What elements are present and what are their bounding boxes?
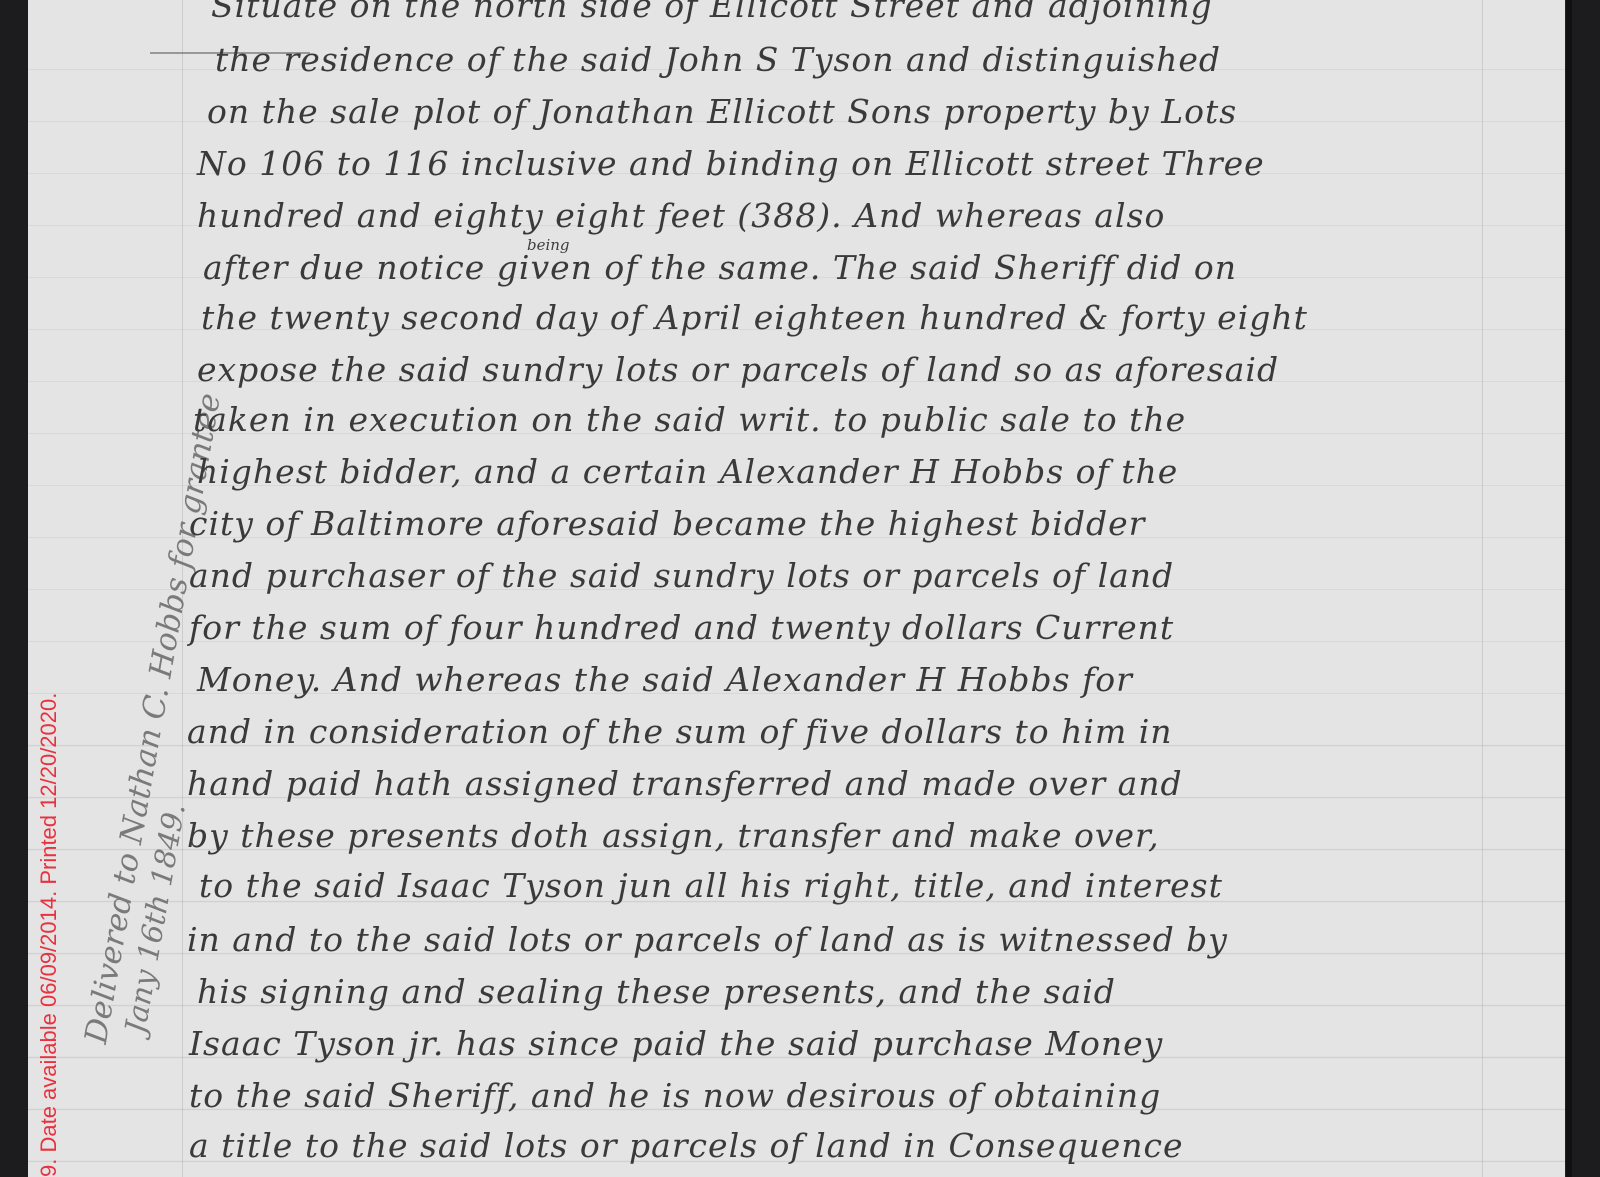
viewer-left-frame	[0, 0, 28, 1177]
right-margin-rule	[1482, 0, 1483, 1177]
manuscript-line: and purchaser of the said sundry lots or…	[189, 556, 1174, 595]
print-watermark: 9. Date available 06/09/2014. Printed 12…	[36, 693, 62, 1177]
manuscript-line: for the sum of four hundred and twenty d…	[189, 608, 1174, 647]
manuscript-line: in and to the said lots or parcels of la…	[187, 920, 1228, 959]
manuscript-line: highest bidder, and a certain Alexander …	[197, 452, 1178, 491]
manuscript-line: on the sale plot of Jonathan Ellicott So…	[207, 92, 1237, 131]
manuscript-line: city of Baltimore aforesaid became the h…	[189, 504, 1145, 543]
manuscript-line: No 106 to 116 inclusive and binding on E…	[197, 144, 1265, 183]
manuscript-line: by these presents doth assign, transfer …	[187, 816, 1160, 855]
manuscript-line: a title to the said lots or parcels of l…	[189, 1126, 1184, 1165]
manuscript-line: hand paid hath assigned transferred and …	[187, 764, 1183, 803]
manuscript-line: Situate on the north side of Ellicott St…	[211, 0, 1213, 25]
manuscript-line: taken in execution on the said writ. to …	[193, 400, 1186, 439]
manuscript-line: the twenty second day of April eighteen …	[201, 298, 1308, 337]
manuscript-line: hundred and eighty eight feet (388). And…	[197, 196, 1165, 235]
manuscript-line: and in consideration of the sum of five …	[187, 712, 1173, 751]
manuscript-line: after due notice given of the same. The …	[203, 248, 1237, 287]
manuscript-line: Isaac Tyson jr. has since paid the said …	[189, 1024, 1163, 1063]
viewer-right-frame	[1572, 0, 1600, 1177]
manuscript-line: his signing and sealing these presents, …	[197, 972, 1116, 1011]
manuscript-line: the residence of the said John S Tyson a…	[215, 40, 1221, 79]
manuscript-line: to the said Isaac Tyson jun all his righ…	[199, 866, 1223, 905]
manuscript-line: to the said Sheriff, and he is now desir…	[189, 1076, 1161, 1115]
manuscript-line: Money. And whereas the said Alexander H …	[197, 660, 1133, 699]
manuscript-line: expose the said sundry lots or parcels o…	[197, 350, 1279, 389]
